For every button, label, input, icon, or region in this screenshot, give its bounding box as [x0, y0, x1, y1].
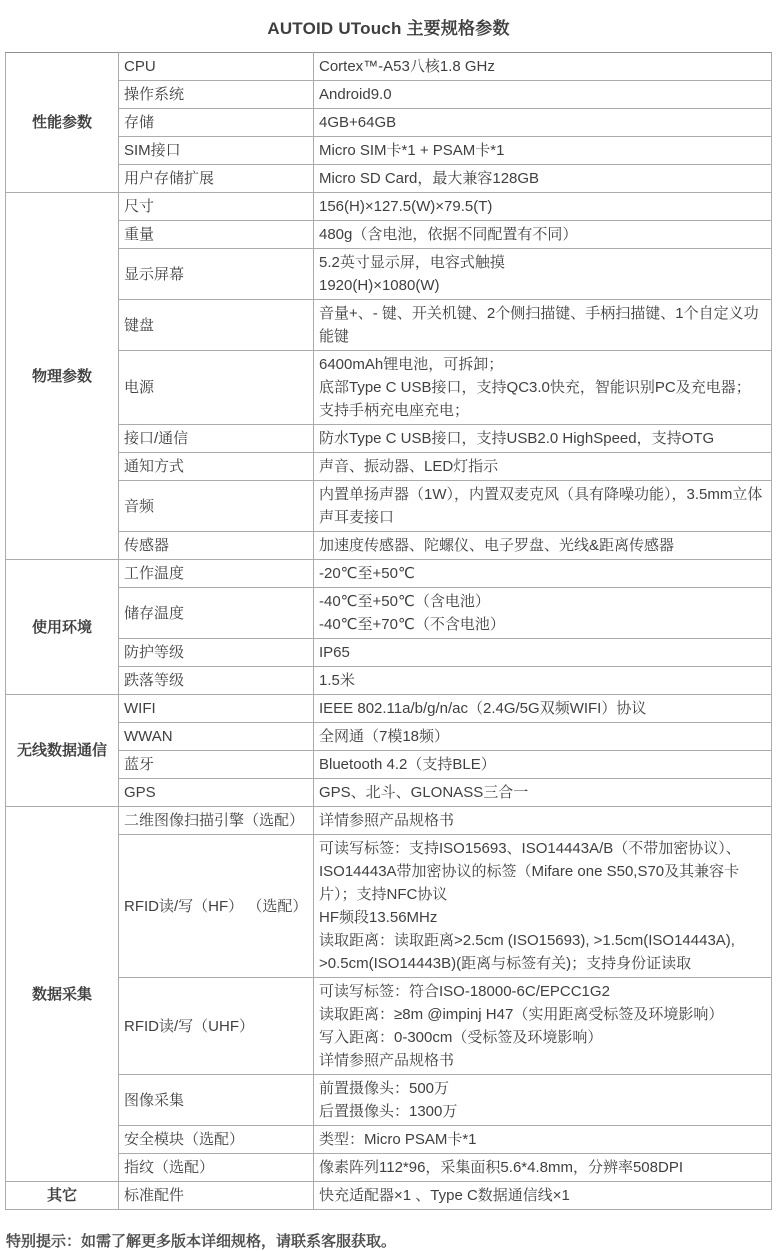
spec-label-cell: 存储 — [119, 109, 314, 137]
spec-label-cell: GPS — [119, 779, 314, 807]
spec-value-cell: Cortex™-A53八核1.8 GHz — [314, 53, 772, 81]
spec-value-cell: 156(H)×127.5(W)×79.5(T) — [314, 193, 772, 221]
spec-label-cell: 重量 — [119, 221, 314, 249]
spec-row: 电源6400mAh锂电池，可拆卸； 底部Type C USB接口，支持QC3.0… — [6, 351, 772, 425]
spec-label-cell: SIM接口 — [119, 137, 314, 165]
spec-value-cell: -20℃至+50℃ — [314, 560, 772, 588]
spec-value-cell: Micro SD Card，最大兼容128GB — [314, 165, 772, 193]
spec-row: 物理参数尺寸156(H)×127.5(W)×79.5(T) — [6, 193, 772, 221]
spec-label-cell: CPU — [119, 53, 314, 81]
spec-value-cell: 音量+、- 键、开关机键、2个侧扫描键、手柄扫描键、1个自定义功能键 — [314, 300, 772, 351]
spec-row: 安全模块（选配）类型：Micro PSAM卡*1 — [6, 1126, 772, 1154]
spec-value-cell: IP65 — [314, 639, 772, 667]
spec-value-cell: 内置单扬声器（1W），内置双麦克风（具有降噪功能），3.5mm立体声耳麦接口 — [314, 481, 772, 532]
spec-label-cell: 操作系统 — [119, 81, 314, 109]
spec-label-cell: 显示屏幕 — [119, 249, 314, 300]
spec-row: 其它标准配件快充适配器×1 、Type C数据通信线×1 — [6, 1182, 772, 1210]
spec-row: 图像采集前置摄像头：500万 后置摄像头：1300万 — [6, 1075, 772, 1126]
spec-label-cell: 传感器 — [119, 532, 314, 560]
spec-value-cell: 可读写标签：符合ISO-18000-6C/EPCC1G2 读取距离：≥8m @i… — [314, 978, 772, 1075]
spec-page: AUTOID UTouch 主要规格参数 性能参数CPUCortex™-A53八… — [0, 0, 777, 1251]
spec-value-cell: 1.5米 — [314, 667, 772, 695]
spec-row: 键盘音量+、- 键、开关机键、2个侧扫描键、手柄扫描键、1个自定义功能键 — [6, 300, 772, 351]
spec-row: 传感器加速度传感器、陀螺仪、电子罗盘、光线&距离传感器 — [6, 532, 772, 560]
spec-row: 指纹（选配）像素阵列112*96，采集面积5.6*4.8mm，分辨率508DPI — [6, 1154, 772, 1182]
spec-label-cell: 跌落等级 — [119, 667, 314, 695]
spec-label-cell: 用户存储扩展 — [119, 165, 314, 193]
spec-value-cell: 加速度传感器、陀螺仪、电子罗盘、光线&距离传感器 — [314, 532, 772, 560]
spec-row: 蓝牙Bluetooth 4.2（支持BLE） — [6, 751, 772, 779]
spec-value-cell: 防水Type C USB接口，支持USB2.0 HighSpeed，支持OTG — [314, 425, 772, 453]
spec-row: SIM接口Micro SIM卡*1 + PSAM卡*1 — [6, 137, 772, 165]
spec-label-cell: WWAN — [119, 723, 314, 751]
spec-value-cell: Bluetooth 4.2（支持BLE） — [314, 751, 772, 779]
spec-table-body: 性能参数CPUCortex™-A53八核1.8 GHz操作系统Android9.… — [6, 53, 772, 1210]
spec-row: 显示屏幕5.2英寸显示屏，电容式触摸 1920(H)×1080(W) — [6, 249, 772, 300]
spec-label-cell: 音频 — [119, 481, 314, 532]
spec-row: 操作系统Android9.0 — [6, 81, 772, 109]
spec-label-cell: 标准配件 — [119, 1182, 314, 1210]
spec-row: 性能参数CPUCortex™-A53八核1.8 GHz — [6, 53, 772, 81]
spec-label-cell: 电源 — [119, 351, 314, 425]
spec-row: GPSGPS、北斗、GLONASS三合一 — [6, 779, 772, 807]
spec-category-cell: 性能参数 — [6, 53, 119, 193]
spec-row: 接口/通信防水Type C USB接口，支持USB2.0 HighSpeed，支… — [6, 425, 772, 453]
spec-table: 性能参数CPUCortex™-A53八核1.8 GHz操作系统Android9.… — [5, 52, 772, 1210]
spec-row: 数据采集二维图像扫描引擎（选配）详情参照产品规格书 — [6, 807, 772, 835]
spec-label-cell: 接口/通信 — [119, 425, 314, 453]
spec-value-cell: 全网通（7模18频） — [314, 723, 772, 751]
spec-label-cell: 键盘 — [119, 300, 314, 351]
spec-row: 重量480g（含电池，依据不同配置有不同） — [6, 221, 772, 249]
spec-label-cell: RFID读/写（UHF） — [119, 978, 314, 1075]
spec-label-cell: WIFI — [119, 695, 314, 723]
spec-value-cell: 6400mAh锂电池，可拆卸； 底部Type C USB接口，支持QC3.0快充… — [314, 351, 772, 425]
spec-label-cell: RFID读/写（HF） （选配） — [119, 835, 314, 978]
spec-value-cell: 像素阵列112*96，采集面积5.6*4.8mm，分辨率508DPI — [314, 1154, 772, 1182]
spec-category-cell: 使用环境 — [6, 560, 119, 695]
spec-category-cell: 其它 — [6, 1182, 119, 1210]
spec-value-cell: 480g（含电池，依据不同配置有不同） — [314, 221, 772, 249]
spec-value-cell: 可读写标签：支持ISO15693、ISO14443A/B（不带加密协议）、ISO… — [314, 835, 772, 978]
spec-category-cell: 无线数据通信 — [6, 695, 119, 807]
spec-row: 使用环境工作温度-20℃至+50℃ — [6, 560, 772, 588]
spec-label-cell: 蓝牙 — [119, 751, 314, 779]
spec-value-cell: -40℃至+50℃（含电池） -40℃至+70℃（不含电池） — [314, 588, 772, 639]
spec-category-cell: 物理参数 — [6, 193, 119, 560]
spec-value-cell: IEEE 802.11a/b/g/n/ac（2.4G/5G双频WIFI）协议 — [314, 695, 772, 723]
spec-value-cell: 5.2英寸显示屏，电容式触摸 1920(H)×1080(W) — [314, 249, 772, 300]
spec-label-cell: 防护等级 — [119, 639, 314, 667]
spec-row: 通知方式声音、振动器、LED灯指示 — [6, 453, 772, 481]
spec-row: 防护等级IP65 — [6, 639, 772, 667]
spec-row: 储存温度-40℃至+50℃（含电池） -40℃至+70℃（不含电池） — [6, 588, 772, 639]
spec-row: WWAN全网通（7模18频） — [6, 723, 772, 751]
spec-row: RFID读/写（HF） （选配）可读写标签：支持ISO15693、ISO1444… — [6, 835, 772, 978]
spec-label-cell: 储存温度 — [119, 588, 314, 639]
spec-row: 存储4GB+64GB — [6, 109, 772, 137]
spec-value-cell: 详情参照产品规格书 — [314, 807, 772, 835]
spec-value-cell: 快充适配器×1 、Type C数据通信线×1 — [314, 1182, 772, 1210]
spec-row: RFID读/写（UHF）可读写标签：符合ISO-18000-6C/EPCC1G2… — [6, 978, 772, 1075]
spec-value-cell: GPS、北斗、GLONASS三合一 — [314, 779, 772, 807]
spec-value-cell: 前置摄像头：500万 后置摄像头：1300万 — [314, 1075, 772, 1126]
page-title: AUTOID UTouch 主要规格参数 — [0, 0, 777, 52]
spec-label-cell: 二维图像扫描引擎（选配） — [119, 807, 314, 835]
spec-label-cell: 通知方式 — [119, 453, 314, 481]
spec-category-cell: 数据采集 — [6, 807, 119, 1182]
spec-label-cell: 安全模块（选配） — [119, 1126, 314, 1154]
spec-label-cell: 图像采集 — [119, 1075, 314, 1126]
spec-label-cell: 指纹（选配） — [119, 1154, 314, 1182]
spec-row: 无线数据通信WIFIIEEE 802.11a/b/g/n/ac（2.4G/5G双… — [6, 695, 772, 723]
spec-value-cell: Micro SIM卡*1 + PSAM卡*1 — [314, 137, 772, 165]
spec-value-cell: 4GB+64GB — [314, 109, 772, 137]
spec-value-cell: 类型：Micro PSAM卡*1 — [314, 1126, 772, 1154]
spec-label-cell: 工作温度 — [119, 560, 314, 588]
spec-value-cell: 声音、振动器、LED灯指示 — [314, 453, 772, 481]
spec-value-cell: Android9.0 — [314, 81, 772, 109]
spec-label-cell: 尺寸 — [119, 193, 314, 221]
spec-row: 跌落等级1.5米 — [6, 667, 772, 695]
spec-row: 用户存储扩展Micro SD Card，最大兼容128GB — [6, 165, 772, 193]
footer-note: 特别提示：如需了解更多版本详细规格，请联系客服获取。 — [0, 1210, 777, 1251]
spec-row: 音频内置单扬声器（1W），内置双麦克风（具有降噪功能），3.5mm立体声耳麦接口 — [6, 481, 772, 532]
